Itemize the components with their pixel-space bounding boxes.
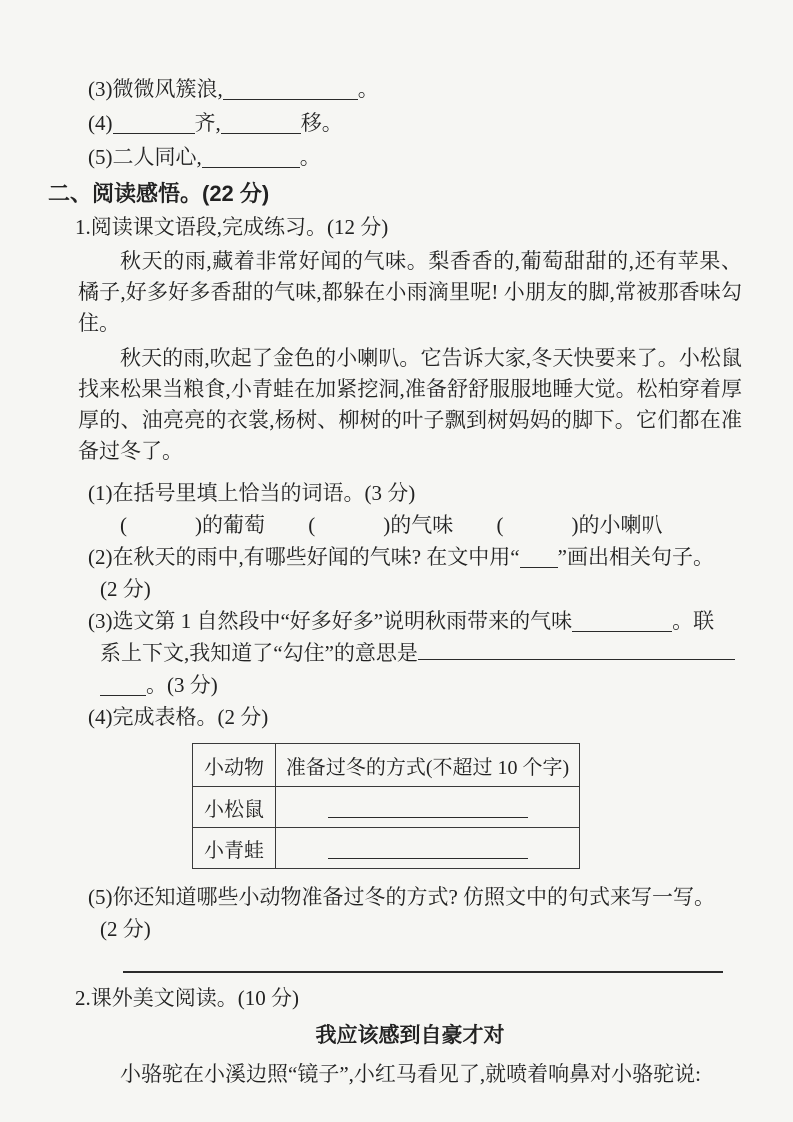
answer-blank xyxy=(328,815,528,818)
table-header-animal: 小动物 xyxy=(193,744,276,787)
fill-item-4-end: 移。 xyxy=(301,111,343,135)
bracket-blank-smell: ()的气味 xyxy=(308,509,453,541)
section-heading: 二、阅读感悟。(22 分) xyxy=(48,178,793,210)
table-cell-animal: 小青蛙 xyxy=(193,828,276,869)
subquestion-3-line-2: 系上下文,我知道了“勾住”的意思是 xyxy=(100,637,735,669)
subquestion-3-l3-tail: 。(3 分) xyxy=(146,673,218,697)
fill-item-5-text: (5)二人同心, xyxy=(88,145,202,169)
table-row: 小青蛙 xyxy=(193,828,580,869)
bracket-label: )的小喇叭 xyxy=(572,513,663,537)
open-paren: ( xyxy=(497,513,504,537)
question-1-title: 1.阅读课文语段,完成练习。(12 分) xyxy=(75,210,793,244)
subquestion-3-line-1: (3)选文第 1 自然段中“好多好多”说明秋雨带来的气味。联 xyxy=(88,605,793,637)
bracket-blank-trumpet: ()的小喇叭 xyxy=(497,509,663,541)
subquestion-3-lead: (3)选文第 1 自然段中“好多好多”说明秋雨带来的气味 xyxy=(88,609,572,633)
subquestion-3-line-3: 。(3 分) xyxy=(100,669,793,701)
table-cell-way xyxy=(276,828,580,869)
answer-blank xyxy=(572,629,672,632)
open-paren: ( xyxy=(120,513,127,537)
fill-item-4: (4)齐,移。 xyxy=(88,106,793,140)
answer-blank xyxy=(520,565,558,568)
subquestion-2-lead: (2)在秋天的雨中,有哪些好闻的气味? 在文中用“ xyxy=(88,545,520,569)
fill-item-4-number: (4) xyxy=(88,111,113,135)
bracket-label: )的葡萄 xyxy=(195,513,265,537)
table-header-row: 小动物 准备过冬的方式(不超过 10 个字) xyxy=(193,744,580,787)
subquestion-3-l2-lead: 系上下文,我知道了“勾住”的意思是 xyxy=(100,637,418,669)
fill-item-3-period: 。 xyxy=(358,77,379,101)
subquestion-3-l1-tail: 。联 xyxy=(672,609,714,633)
open-paren: ( xyxy=(308,513,315,537)
worksheet-page: (3)微微风簇浪,。 (4)齐,移。 (5)二人同心,。 二、阅读感悟。(22 … xyxy=(0,0,793,1122)
passage-paragraph-1: 秋天的雨,藏着非常好闻的气味。梨香香的,葡萄甜甜的,还有苹果、橘子,好多好多香甜… xyxy=(78,246,742,339)
answer-blank xyxy=(100,693,146,696)
table-header-way: 准备过冬的方式(不超过 10 个字) xyxy=(276,744,580,787)
answer-blank xyxy=(202,165,300,168)
subquestion-5-score: (2 分) xyxy=(100,913,793,945)
essay-paragraph-1: 小骆驼在小溪边照“镜子”,小红马看见了,就喷着响鼻对小骆驼说: xyxy=(78,1059,742,1090)
question-2-title: 2.课外美文阅读。(10 分) xyxy=(75,981,793,1015)
answer-blank xyxy=(113,131,195,134)
subquestion-1: (1)在括号里填上恰当的词语。(3 分) xyxy=(88,477,793,509)
subquestion-4: (4)完成表格。(2 分) xyxy=(88,701,793,733)
table-cell-way xyxy=(276,787,580,828)
bracket-blanks-line: ()的葡萄 ()的气味 ()的小喇叭 xyxy=(120,509,793,541)
bracket-label: )的气味 xyxy=(383,513,453,537)
subquestion-2: (2)在秋天的雨中,有哪些好闻的气味? 在文中用“”画出相关句子。 xyxy=(88,541,793,573)
subquestion-2-tail: ”画出相关句子。 xyxy=(558,545,714,569)
fill-item-5-period: 。 xyxy=(300,145,321,169)
reading-passage: 秋天的雨,藏着非常好闻的气味。梨香香的,葡萄甜甜的,还有苹果、橘子,好多好多香甜… xyxy=(78,246,742,467)
answer-blank xyxy=(328,856,528,859)
answer-blank xyxy=(223,97,358,100)
essay-title: 我应该感到自豪才对 xyxy=(78,1021,742,1051)
answer-blank xyxy=(418,657,735,660)
subquestion-2-score: (2 分) xyxy=(100,573,793,605)
fill-item-5: (5)二人同心,。 xyxy=(88,140,793,174)
answer-blank xyxy=(221,131,301,134)
fill-item-3-text: (3)微微风簇浪, xyxy=(88,77,223,101)
table-row: 小松鼠 xyxy=(193,787,580,828)
answer-writing-line xyxy=(123,971,723,973)
fill-item-4-mid: 齐, xyxy=(195,111,221,135)
winter-prep-table: 小动物 准备过冬的方式(不超过 10 个字) 小松鼠 小青蛙 xyxy=(192,743,580,869)
subquestion-5: (5)你还知道哪些小动物准备过冬的方式? 仿照文中的句式来写一写。 xyxy=(88,881,754,913)
bracket-blank-grape: ()的葡萄 xyxy=(120,509,265,541)
table-cell-animal: 小松鼠 xyxy=(193,787,276,828)
passage-paragraph-2: 秋天的雨,吹起了金色的小喇叭。它告诉大家,冬天快要来了。小松鼠找来松果当粮食,小… xyxy=(78,343,742,467)
fill-item-3: (3)微微风簇浪,。 xyxy=(88,72,793,106)
